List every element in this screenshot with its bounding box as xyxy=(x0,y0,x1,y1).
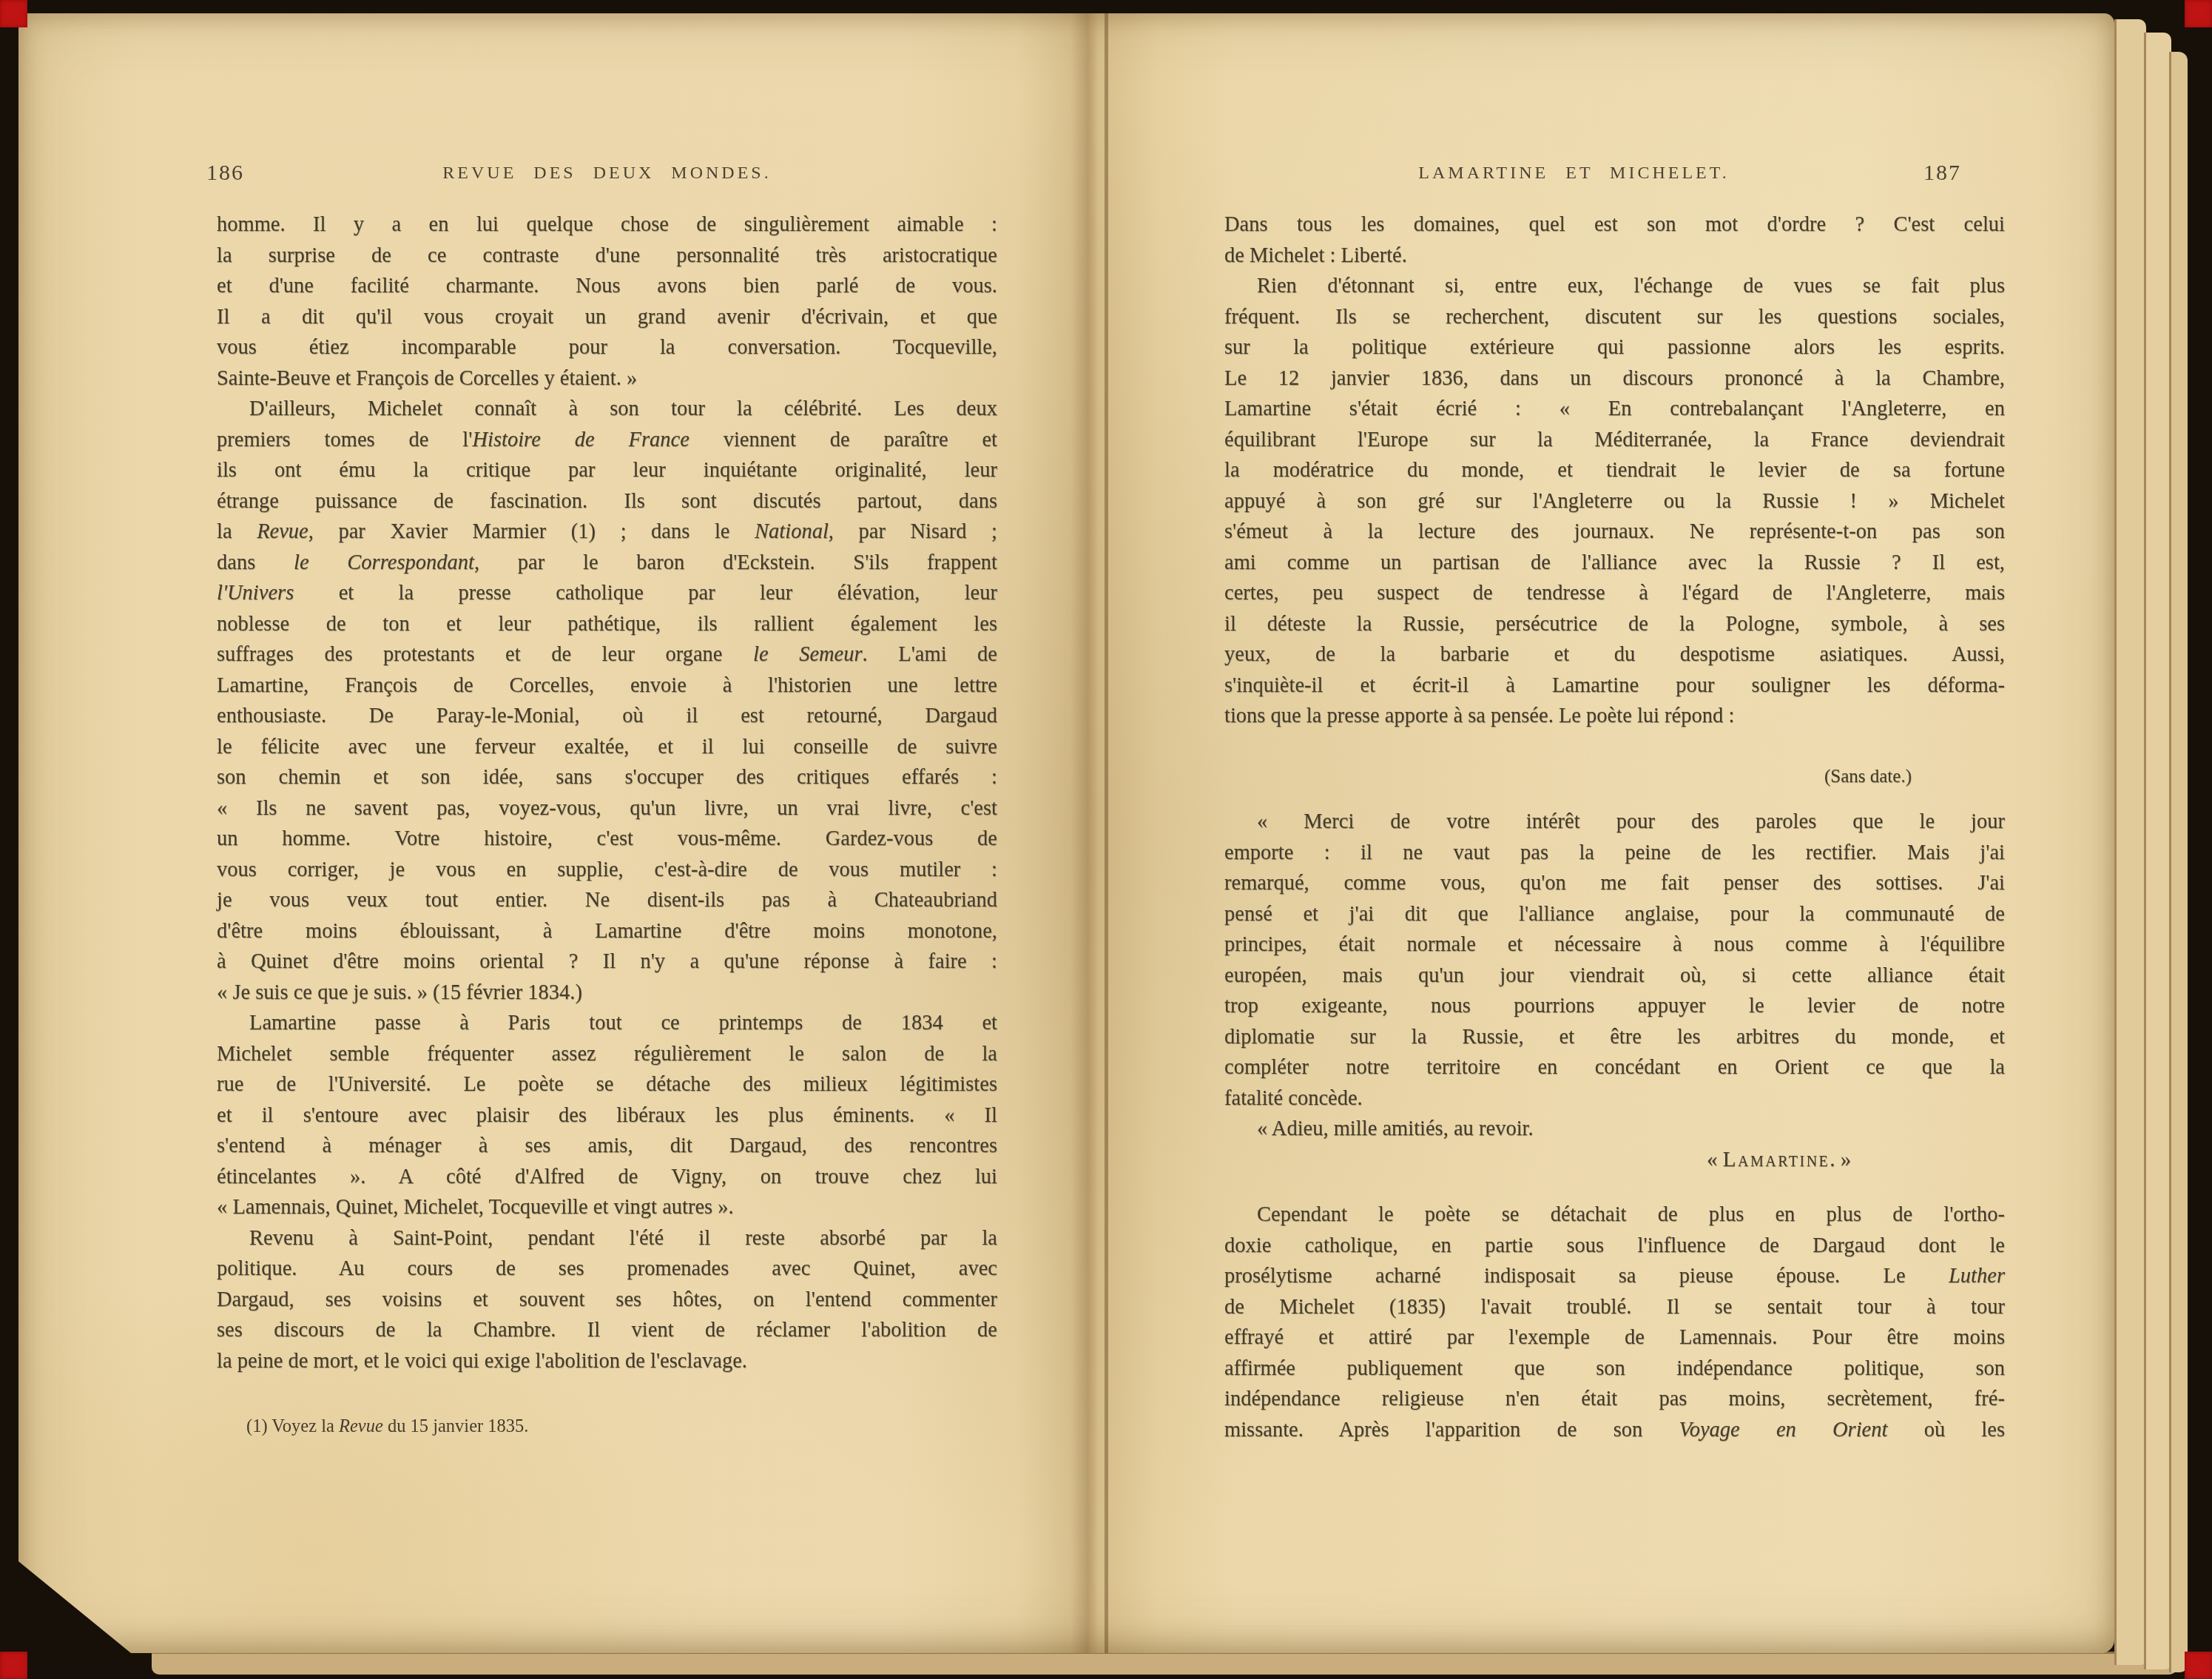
text-line: à Quinet d'être moins oriental ? Il n'y … xyxy=(217,946,997,978)
page-body-right: Dans tous les domaines, quel est son mot… xyxy=(1224,209,2005,1445)
text-line: vous étiez incomparable pour la conversa… xyxy=(217,332,997,363)
text-line: prosélytisme acharné indisposait sa pieu… xyxy=(1224,1261,2005,1292)
text-line: il déteste la Russie, persécutrice de la… xyxy=(1224,609,2005,640)
corner-marker xyxy=(2185,1652,2212,1679)
text-segment: « Je suis ce que je suis. » (15 février … xyxy=(217,981,582,1004)
text-line: fatalité concède. xyxy=(1224,1083,2005,1114)
text-line: l'Univers et la presse catholique par le… xyxy=(217,578,997,609)
text-line: vous corriger, je vous en supplie, c'est… xyxy=(217,855,997,886)
text-segment: étincelantes ». A côté d'Alfred de Vigny… xyxy=(217,1165,997,1188)
text-line: fréquent. Ils se recherchent, discutent … xyxy=(1224,302,2005,333)
text-segment: effrayé et attiré par l'exemple de Lamen… xyxy=(1224,1326,2005,1349)
text-line: et il s'entoure avec plaisir des libérau… xyxy=(217,1100,997,1131)
text-line: Il a dit qu'il vous croyait un grand ave… xyxy=(217,302,997,333)
text-line: compléter notre territoire en concédant … xyxy=(1224,1052,2005,1083)
corner-marker xyxy=(0,0,27,27)
running-title: REVUE DES DEUX MONDES. xyxy=(217,164,997,184)
text-segment: et il s'entoure avec plaisir des libérau… xyxy=(217,1104,997,1127)
text-segment: tions que la presse apporte à sa pensée.… xyxy=(1224,704,1734,727)
italic-text: Voyage en Orient xyxy=(1679,1419,1887,1441)
italic-text: Revue xyxy=(257,520,308,543)
text-segment: son chemin et son idée, sans s'occuper d… xyxy=(217,766,997,789)
text-segment: il déteste la Russie, persécutrice de la… xyxy=(1224,613,2005,636)
text-segment: du 15 janvier 1835. xyxy=(383,1416,529,1436)
text-segment: à Quinet d'être moins oriental ? Il n'y … xyxy=(217,950,997,973)
text-segment: trop exigeante, nous pourrions appuyer l… xyxy=(1224,995,2005,1017)
text-line: doxie catholique, en partie sous l'influ… xyxy=(1224,1231,2005,1262)
corner-marker xyxy=(0,1652,27,1679)
text-line: européen, mais qu'un jour viendrait où, … xyxy=(1224,960,2005,992)
text-segment: vous étiez incomparable pour la conversa… xyxy=(217,336,997,359)
text-line: « Ils ne savent pas, voyez-vous, qu'un l… xyxy=(217,793,997,824)
text-line: « Lamartine. » xyxy=(1224,1145,2005,1176)
text-line: son chemin et son idée, sans s'occuper d… xyxy=(217,762,997,793)
text-segment: , par Xavier Marmier (1) ; dans le xyxy=(308,520,755,543)
text-line: « Merci de votre intérêt pour des parole… xyxy=(1224,807,2005,838)
text-segment: la peine de mort, et le voici qui exige … xyxy=(217,1350,747,1373)
text-line: la surprise de ce contraste d'une person… xyxy=(217,240,997,272)
right-page-edges xyxy=(2114,19,2146,1665)
text-line: de Michelet (1835) l'avait troublé. Il s… xyxy=(1224,1292,2005,1323)
text-line: la modératrice du monde, et tiendrait le… xyxy=(1224,455,2005,486)
italic-text: l'Univers xyxy=(217,582,294,605)
text-segment: Michelet semble fréquenter assez réguliè… xyxy=(217,1043,997,1066)
text-segment: de Michelet (1835) l'avait troublé. Il s… xyxy=(1224,1296,2005,1319)
running-title: LAMARTINE ET MICHELET. xyxy=(1161,164,1986,184)
text-segment: la modératrice du monde, et tiendrait le… xyxy=(1224,459,2005,482)
text-segment: s'inquiète-il et écrit-il à Lamartine po… xyxy=(1224,674,2005,697)
text-segment: ils ont ému la critique par leur inquiét… xyxy=(217,459,997,482)
text-line: missante. Après l'apparition de son Voya… xyxy=(1224,1415,2005,1446)
text-line: ils ont ému la critique par leur inquiét… xyxy=(217,455,997,486)
book-photo: 186 REVUE DES DEUX MONDES. homme. Il y a… xyxy=(0,0,2212,1679)
text-segment: « Adieu, mille amitiés, au revoir. xyxy=(1257,1117,1534,1140)
text-line: yeux, de la barbarie et du despotisme as… xyxy=(1224,639,2005,670)
text-segment: le félicite avec une ferveur exaltée, et… xyxy=(217,736,997,758)
text-segment: Le 12 janvier 1836, dans un discours pro… xyxy=(1224,367,2005,390)
text-segment: diplomatie sur la Russie, et être les ar… xyxy=(1224,1026,2005,1049)
text-segment: pensé et j'ai dit que l'alliance anglais… xyxy=(1224,903,2005,926)
text-line: la Revue, par Xavier Marmier (1) ; dans … xyxy=(217,517,997,548)
text-segment: appuyé à son gré sur l'Angleterre ou la … xyxy=(1224,490,2005,513)
text-segment: Dargaud, ses voisins et souvent ses hôte… xyxy=(217,1288,997,1311)
text-line: sur la politique extérieure qui passionn… xyxy=(1224,332,2005,363)
corner-marker xyxy=(2185,0,2212,27)
text-segment: rue de l'Université. Le poète se détache… xyxy=(217,1073,997,1096)
italic-text: le Semeur xyxy=(753,643,863,666)
right-page-edges xyxy=(2144,33,2171,1669)
text-line: homme. Il y a en lui quelque chose de si… xyxy=(217,209,997,240)
page-number: 187 xyxy=(1923,161,1961,186)
text-line: de Michelet : Liberté. xyxy=(1224,240,2005,272)
book-gutter xyxy=(1017,13,1158,1653)
text-line: diplomatie sur la Russie, et être les ar… xyxy=(1224,1022,2005,1053)
text-segment: politique. Au cours de ses promenades av… xyxy=(217,1257,997,1280)
text-line: effrayé et attiré par l'exemple de Lamen… xyxy=(1224,1322,2005,1353)
text-segment: premiers tomes de l' xyxy=(217,428,472,451)
text-line: indépendance religieuse n'en était pas m… xyxy=(1224,1384,2005,1415)
text-line: affirmée publiquement que son indépendan… xyxy=(1224,1353,2005,1384)
text-segment: indépendance religieuse n'en était pas m… xyxy=(1224,1387,2005,1410)
text-line: pensé et j'ai dit que l'alliance anglais… xyxy=(1224,899,2005,930)
text-line: (Sans date.) xyxy=(1224,761,2005,793)
text-line: premiers tomes de l'Histoire de France v… xyxy=(217,425,997,456)
text-segment: s'émeut à la lecture des journaux. Ne re… xyxy=(1224,520,2005,543)
text-line: équilibrant l'Europe sur la Méditerranée… xyxy=(1224,425,2005,456)
text-line: Lamartine, François de Corcelles, envoie… xyxy=(217,670,997,701)
text-line: ses discours de la Chambre. Il vient de … xyxy=(217,1315,997,1346)
text-line: emporte : il ne vaut pas la peine de les… xyxy=(1224,838,2005,869)
text-segment: homme. Il y a en lui quelque chose de si… xyxy=(217,213,997,236)
text-line: d'être moins éblouissant, à Lamartine d'… xyxy=(217,916,997,947)
text-segment: D'ailleurs, Michelet connaît à son tour … xyxy=(249,397,997,420)
text-line: et d'une facilité charmante. Nous avons … xyxy=(217,271,997,302)
text-line: rue de l'Université. Le poète se détache… xyxy=(217,1069,997,1100)
text-segment: principes, était normale et nécessaire à… xyxy=(1224,933,2005,956)
small-caps-text: Lamartine xyxy=(1723,1148,1830,1171)
text-segment: . » xyxy=(1830,1148,1851,1171)
text-segment: viennent de paraître et xyxy=(689,428,997,451)
right-page-edges xyxy=(2169,52,2188,1672)
text-line: s'entend à ménager à ses amis, dit Darga… xyxy=(217,1131,997,1162)
text-segment: (Sans date.) xyxy=(1824,767,1912,787)
text-line: Lamartine s'était écrié : « En contrebal… xyxy=(1224,394,2005,425)
text-line: noblesse de ton et leur pathétique, ils … xyxy=(217,609,997,640)
text-segment: suffrages des protestants et de leur org… xyxy=(217,643,753,666)
running-head-right: LAMARTINE ET MICHELET. 187 xyxy=(1206,161,1986,189)
text-segment: emporte : il ne vaut pas la peine de les… xyxy=(1224,841,2005,864)
text-line: certes, peu suspect de tendresse à l'éga… xyxy=(1224,578,2005,609)
text-line: principes, était normale et nécessaire à… xyxy=(1224,929,2005,960)
text-line: (1) Voyez la Revue du 15 janvier 1835. xyxy=(217,1414,997,1439)
italic-text: National xyxy=(755,520,829,543)
text-line: Dans tous les domaines, quel est son mot… xyxy=(1224,209,2005,240)
text-segment: compléter notre territoire en concédant … xyxy=(1224,1056,2005,1079)
text-line: « Lamennais, Quinet, Michelet, Tocquevil… xyxy=(217,1192,997,1223)
text-segment: yeux, de la barbarie et du despotisme as… xyxy=(1224,643,2005,666)
text-line: tions que la presse apporte à sa pensée.… xyxy=(1224,701,2005,732)
text-segment: Lamartine s'était écrié : « En contrebal… xyxy=(1224,397,2005,420)
text-segment: ami comme un partisan de l'alliance avec… xyxy=(1224,551,2005,574)
text-line: Revenu à Saint-Point, pendant l'été il r… xyxy=(217,1223,997,1254)
text-segment: « Ils ne savent pas, voyez-vous, qu'un l… xyxy=(217,797,997,820)
italic-text: Luther xyxy=(1949,1265,2005,1288)
italic-text: Histoire de France xyxy=(472,428,689,451)
text-segment: la xyxy=(217,520,257,543)
text-line: Rien d'étonnant si, entre eux, l'échange… xyxy=(1224,271,2005,302)
text-segment: doxie catholique, en partie sous l'influ… xyxy=(1224,1234,2005,1257)
text-segment: s'entend à ménager à ses amis, dit Darga… xyxy=(217,1134,997,1157)
text-segment: , par le baron d'Eckstein. S'ils frappen… xyxy=(474,551,997,574)
text-segment: où les xyxy=(1887,1419,2005,1441)
text-line: D'ailleurs, Michelet connaît à son tour … xyxy=(217,394,997,425)
text-line: Cependant le poète se détachait de plus … xyxy=(1224,1199,2005,1231)
text-line: appuyé à son gré sur l'Angleterre ou la … xyxy=(1224,486,2005,517)
text-segment: enthousiaste. De Paray-le-Monial, où il … xyxy=(217,704,997,727)
text-segment: d'être moins éblouissant, à Lamartine d'… xyxy=(217,920,997,943)
text-segment: Lamartine passe à Paris tout ce printemp… xyxy=(249,1012,997,1034)
bottom-page-edges xyxy=(152,1652,2179,1675)
text-line: Dargaud, ses voisins et souvent ses hôte… xyxy=(217,1285,997,1316)
running-head-left: 186 REVUE DES DEUX MONDES. xyxy=(217,161,997,189)
text-segment: sur la politique extérieure qui passionn… xyxy=(1224,336,2005,359)
text-line: politique. Au cours de ses promenades av… xyxy=(217,1254,997,1285)
text-segment: fréquent. Ils se recherchent, discutent … xyxy=(1224,306,2005,329)
text-segment: dans xyxy=(217,551,294,574)
text-line: dans le Correspondant, par le baron d'Ec… xyxy=(217,548,997,579)
text-line: Sainte-Beuve et François de Corcelles y … xyxy=(217,363,997,394)
text-line: Lamartine passe à Paris tout ce printemp… xyxy=(217,1008,997,1039)
text-segment: Rien d'étonnant si, entre eux, l'échange… xyxy=(1257,275,2005,297)
book-gutter-crease xyxy=(1105,13,1108,1653)
text-line: étrange puissance de fascination. Ils so… xyxy=(217,486,997,517)
text-line: Le 12 janvier 1836, dans un discours pro… xyxy=(1224,363,2005,394)
text-line: « Adieu, mille amitiés, au revoir. xyxy=(1224,1114,2005,1145)
text-line: « Je suis ce que je suis. » (15 février … xyxy=(217,978,997,1009)
text-segment: équilibrant l'Europe sur la Méditerranée… xyxy=(1224,428,2005,451)
text-segment: « xyxy=(1707,1148,1723,1171)
text-segment: affirmée publiquement que son indépendan… xyxy=(1224,1357,2005,1380)
text-segment: étrange puissance de fascination. Ils so… xyxy=(217,490,997,513)
text-segment: , par Nisard ; xyxy=(829,520,997,543)
page-body-left: homme. Il y a en lui quelque chose de si… xyxy=(217,209,997,1376)
text-line: s'émeut à la lecture des journaux. Ne re… xyxy=(1224,517,2005,548)
text-segment: (1) Voyez la xyxy=(246,1416,339,1436)
text-segment: remarqué, comme vous, qu'on me fait pens… xyxy=(1224,872,2005,895)
book-spread: 186 REVUE DES DEUX MONDES. homme. Il y a… xyxy=(18,13,2114,1653)
text-line: le félicite avec une ferveur exaltée, et… xyxy=(217,732,997,763)
text-line: trop exigeante, nous pourrions appuyer l… xyxy=(1224,991,2005,1022)
italic-text: Revue xyxy=(339,1416,383,1436)
text-segment: je vous veux tout entier. Ne disent-ils … xyxy=(217,889,997,912)
text-line: étincelantes ». A côté d'Alfred de Vigny… xyxy=(217,1162,997,1193)
text-line: Michelet semble fréquenter assez réguliè… xyxy=(217,1039,997,1070)
text-segment: Dans tous les domaines, quel est son mot… xyxy=(1224,213,2005,236)
text-line: remarqué, comme vous, qu'on me fait pens… xyxy=(1224,868,2005,899)
text-line: la peine de mort, et le voici qui exige … xyxy=(217,1346,997,1377)
text-segment: prosélytisme acharné indisposait sa pieu… xyxy=(1224,1265,1949,1288)
text-segment: européen, mais qu'un jour viendrait où, … xyxy=(1224,964,2005,987)
text-segment: « Lamennais, Quinet, Michelet, Tocquevil… xyxy=(217,1196,734,1219)
text-segment: missante. Après l'apparition de son xyxy=(1224,1419,1679,1441)
text-segment: et la presse catholique par leur élévati… xyxy=(294,582,997,605)
text-segment: « Merci de votre intérêt pour des parole… xyxy=(1257,810,2005,833)
text-segment: vous corriger, je vous en supplie, c'est… xyxy=(217,858,997,881)
text-line: ami comme un partisan de l'alliance avec… xyxy=(1224,548,2005,579)
text-segment: Revenu à Saint-Point, pendant l'été il r… xyxy=(249,1227,997,1250)
text-segment: ses discours de la Chambre. Il vient de … xyxy=(217,1319,997,1342)
text-line: enthousiaste. De Paray-le-Monial, où il … xyxy=(217,701,997,732)
text-line: je vous veux tout entier. Ne disent-ils … xyxy=(217,885,997,916)
text-segment: noblesse de ton et leur pathétique, ils … xyxy=(217,613,997,636)
text-segment: certes, peu suspect de tendresse à l'éga… xyxy=(1224,582,2005,605)
text-segment: et d'une facilité charmante. Nous avons … xyxy=(217,275,997,297)
text-segment: de Michelet : Liberté. xyxy=(1224,244,1407,267)
text-segment: Il a dit qu'il vous croyait un grand ave… xyxy=(217,306,997,329)
text-line: suffrages des protestants et de leur org… xyxy=(217,639,997,670)
text-segment: un homme. Votre histoire, c'est vous-mêm… xyxy=(217,827,997,850)
text-line: un homme. Votre histoire, c'est vous-mêm… xyxy=(217,824,997,855)
text-segment: Sainte-Beuve et François de Corcelles y … xyxy=(217,367,637,390)
text-segment: Lamartine, François de Corcelles, envoie… xyxy=(217,674,997,697)
text-segment: fatalité concède. xyxy=(1224,1087,1363,1110)
footnote: (1) Voyez la Revue du 15 janvier 1835. xyxy=(217,1414,997,1439)
text-segment: . L'ami de xyxy=(863,643,997,666)
text-line: s'inquiète-il et écrit-il à Lamartine po… xyxy=(1224,670,2005,701)
italic-text: le Correspondant xyxy=(294,551,474,574)
text-segment: Cependant le poète se détachait de plus … xyxy=(1257,1203,2005,1226)
text-segment: la surprise de ce contraste d'une person… xyxy=(217,244,997,267)
